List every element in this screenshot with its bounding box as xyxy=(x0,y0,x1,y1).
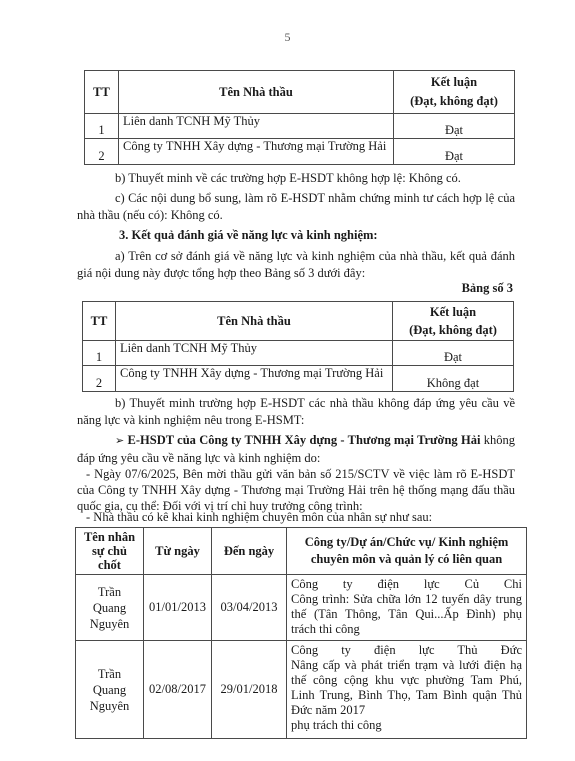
col-header-conclusion: Kết luận (Đạt, không đạt) xyxy=(394,71,515,114)
cell-personnel-name: Trần Quang Nguyên xyxy=(76,575,144,641)
table-row: 2 Công ty TNHH Xây dựng - Thương mại Trư… xyxy=(85,139,515,165)
personnel-experience-table: Tên nhân sự chủ chốt Từ ngày Đến ngày Cô… xyxy=(75,527,527,739)
cell-tt: 2 xyxy=(85,139,119,165)
cell-tt: 1 xyxy=(83,341,116,366)
cell-result: Đạt xyxy=(393,341,514,366)
table-row: 1 Liên danh TCNH Mỹ Thủy Đạt xyxy=(83,341,514,366)
experience-company: Công ty điện lực Thủ Đức xyxy=(291,643,522,658)
col-header-tt: TT xyxy=(85,71,119,114)
cell-contractor: Liên danh TCNH Mỹ Thủy xyxy=(119,114,394,139)
cell-from-date: 01/01/2013 xyxy=(144,575,212,641)
experience-detail: Công trình: Sửa chữa lớn 12 tuyến dây tr… xyxy=(291,592,522,636)
bullet-contractor-failure: ➢ E-HSDT của Công ty TNHH Xây dựng - Thư… xyxy=(77,432,515,467)
col-header-contractor: Tên Nhà thầu xyxy=(119,71,394,114)
capacity-result-table: TT Tên Nhà thầu Kết luận (Đạt, không đạt… xyxy=(82,301,514,392)
para-not-meeting-explanation: b) Thuyết minh trường hợp E-HSDT các nhà… xyxy=(77,395,515,429)
cell-to-date: 03/04/2013 xyxy=(212,575,287,641)
cell-to-date: 29/01/2018 xyxy=(212,641,287,739)
section-heading-capacity: 3. Kết quả đánh giá về năng lực và kinh … xyxy=(119,227,519,243)
experience-detail: Nâng cấp và phát triển trạm và lưới điện… xyxy=(291,658,522,718)
para-capacity-summary: a) Trên cơ sở đánh giá về năng lực và ki… xyxy=(77,248,515,282)
experience-company: Công ty điện lực Củ Chi xyxy=(291,577,522,592)
col-header-experience: Công ty/Dự án/Chức vụ/ Kinh nghiệm chuyê… xyxy=(287,528,527,575)
table-row: 1 Liên danh TCNH Mỹ Thủy Đạt xyxy=(85,114,515,139)
contractor-validity-table: TT Tên Nhà thầu Kết luận (Đạt, không đạt… xyxy=(84,70,515,165)
cell-contractor: Liên danh TCNH Mỹ Thủy xyxy=(116,341,393,366)
conclusion-label: Kết luận xyxy=(431,75,477,89)
cell-result: Đạt xyxy=(394,114,515,139)
col-header-from-date: Từ ngày xyxy=(144,528,212,575)
para-clarification-date: - Ngày 07/6/2025, Bên mời thầu gửi văn b… xyxy=(77,466,515,514)
cell-contractor: Công ty TNHH Xây dựng - Thương mại Trườn… xyxy=(119,139,394,165)
col-header-contractor: Tên Nhà thầu xyxy=(116,302,393,341)
col-header-conclusion: Kết luận (Đạt, không đạt) xyxy=(393,302,514,341)
cell-experience: Công ty điện lực Thủ Đức Nâng cấp và phá… xyxy=(287,641,527,739)
cell-tt: 2 xyxy=(83,366,116,392)
para-declared-experience: - Nhà thầu có kê khai kinh nghiệm chuyên… xyxy=(77,509,515,525)
col-header-tt: TT xyxy=(83,302,116,341)
cell-experience: Công ty điện lực Củ Chi Công trình: Sửa … xyxy=(287,575,527,641)
table-row: 2 Công ty TNHH Xây dựng - Thương mại Trư… xyxy=(83,366,514,392)
col-header-to-date: Đến ngày xyxy=(212,528,287,575)
para-invalid-explanation: b) Thuyết minh về các trường hợp E-HSDT … xyxy=(77,170,515,186)
cell-contractor: Công ty TNHH Xây dựng - Thương mại Trườn… xyxy=(116,366,393,392)
cell-result: Không đạt xyxy=(393,366,514,392)
conclusion-sub-label: (Đạt, không đạt) xyxy=(409,323,497,337)
conclusion-sub-label: (Đạt, không đạt) xyxy=(410,94,498,108)
para-supplement: c) Các nội dung bổ sung, làm rõ E-HSDT n… xyxy=(77,190,515,224)
table-row: Trần Quang Nguyên 01/01/2013 03/04/2013 … xyxy=(76,575,527,641)
page-number: 5 xyxy=(0,30,575,45)
bullet-bold-text: E-HSDT của Công ty TNHH Xây dựng - Thươn… xyxy=(128,433,481,447)
table-row: Trần Quang Nguyên 02/08/2017 29/01/2018 … xyxy=(76,641,527,739)
cell-personnel-name: Trần Quang Nguyên xyxy=(76,641,144,739)
cell-result: Đạt xyxy=(394,139,515,165)
table-caption: Bảng số 3 xyxy=(462,281,513,296)
cell-from-date: 02/08/2017 xyxy=(144,641,212,739)
cell-tt: 1 xyxy=(85,114,119,139)
arrow-bullet-icon: ➢ xyxy=(115,435,124,447)
conclusion-label: Kết luận xyxy=(430,305,476,319)
col-header-personnel: Tên nhân sự chủ chốt xyxy=(76,528,144,575)
experience-role: phụ trách thi công xyxy=(291,718,522,733)
